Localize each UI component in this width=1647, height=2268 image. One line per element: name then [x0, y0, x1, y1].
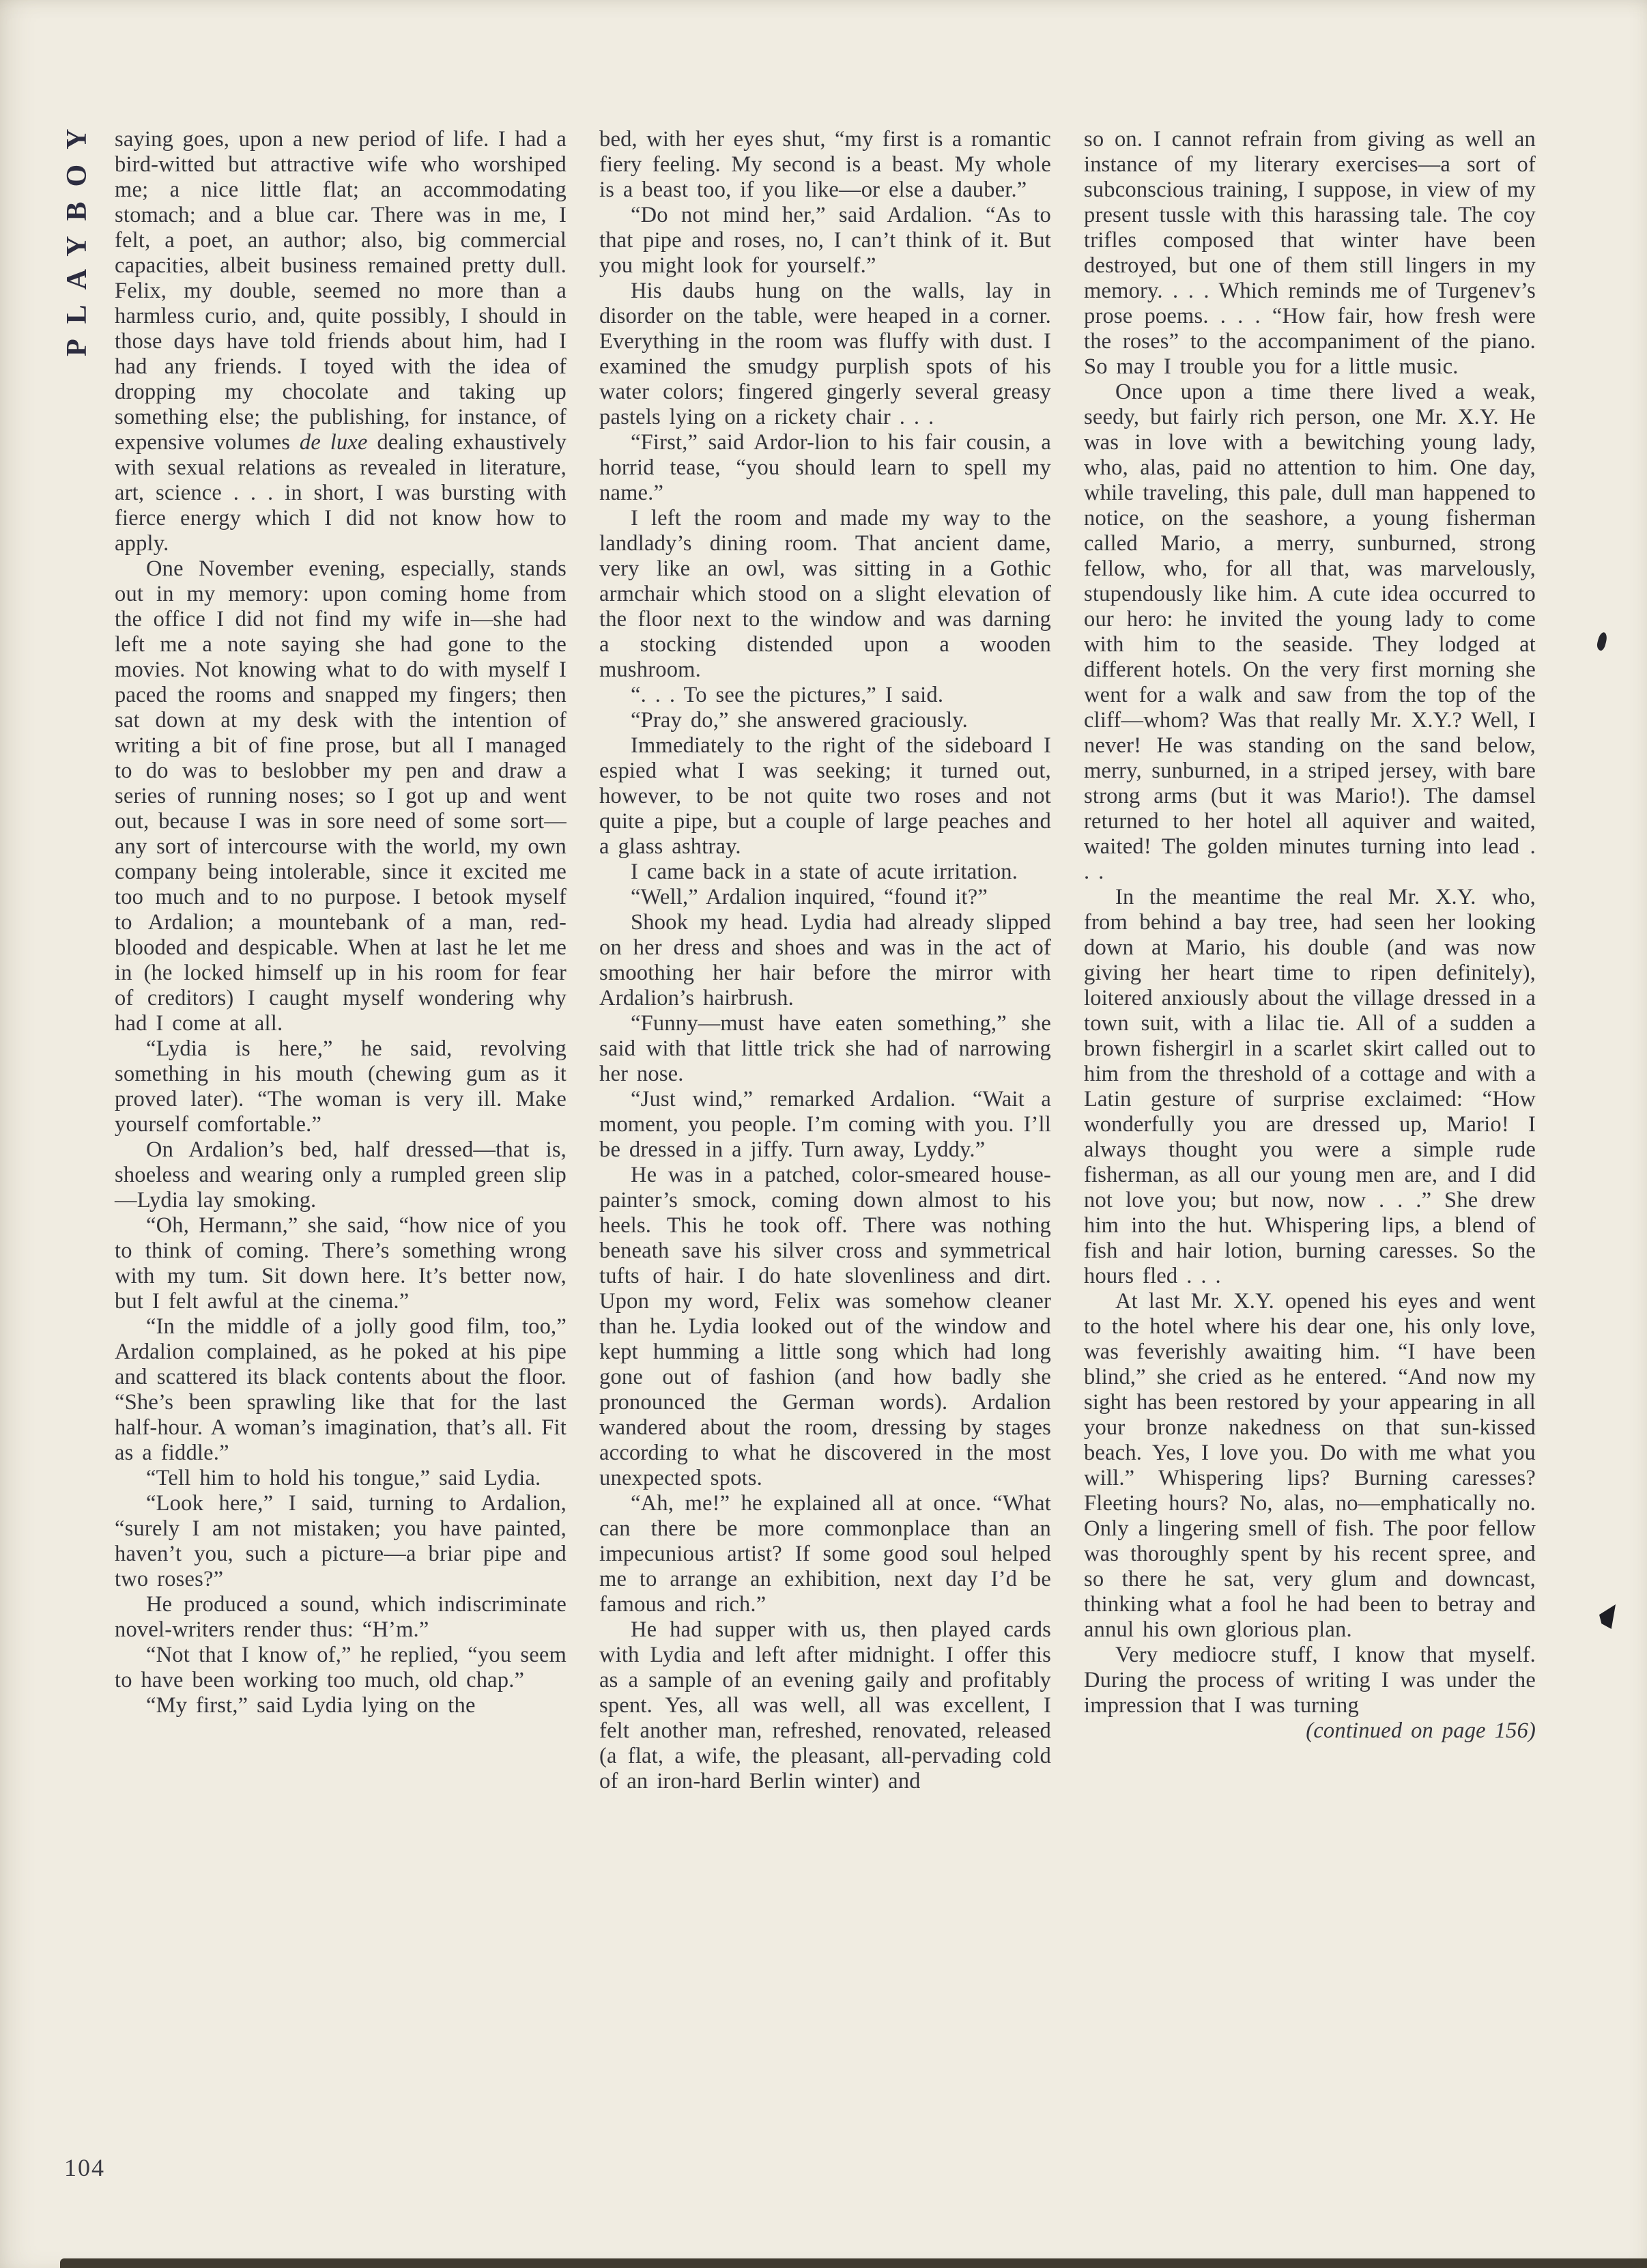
paragraph: In the meantime the real Mr. X.Y. who, f… [1084, 885, 1536, 1289]
paragraph: bed, with her eyes shut, “my first is a … [599, 127, 1051, 203]
paragraph: “Well,” Ardalion inquired, “found it?” [599, 885, 1051, 910]
paragraph: Immediately to the right of the sideboar… [599, 733, 1051, 860]
paragraph: One November evening, especially, stands… [115, 556, 567, 1036]
paragraph: At last Mr. X.Y. opened his eyes and wen… [1084, 1289, 1536, 1643]
text-column-3: so on. I cannot refrain from giving as w… [1084, 127, 1536, 1744]
paragraph: On Ardalion’s bed, half dressed—that is,… [115, 1137, 567, 1213]
magazine-page: PLAYBOY saying goes, upon a new period o… [0, 0, 1647, 2268]
paragraph: “. . . To see the pictures,” I said. [599, 683, 1051, 708]
paragraph: Very mediocre stuff, I know that myself.… [1084, 1643, 1536, 1718]
paragraph: “Not that I know of,” he replied, “you s… [115, 1643, 567, 1693]
paragraph: His daubs hung on the walls, lay in diso… [599, 279, 1051, 430]
paragraph: He had supper with us, then played cards… [599, 1617, 1051, 1794]
paragraph: He was in a patched, color-smeared house… [599, 1163, 1051, 1491]
paragraph: “In the middle of a jolly good film, too… [115, 1314, 567, 1466]
paragraph: so on. I cannot refrain from giving as w… [1084, 127, 1536, 380]
paragraph: “First,” said Ardor-lion to his fair cou… [599, 430, 1051, 506]
paragraph: “Lydia is here,” he said, revolving some… [115, 1036, 567, 1137]
paragraph: saying goes, upon a new period of life. … [115, 127, 567, 556]
paragraph: “My first,” said Lydia lying on the [115, 1693, 567, 1718]
paragraph: “Tell him to hold his tongue,” said Lydi… [115, 1466, 567, 1491]
text-column-1: saying goes, upon a new period of life. … [115, 127, 567, 1718]
page-number: 104 [64, 2153, 105, 2182]
paragraph: “Do not mind her,” said Ardalion. “As to… [599, 203, 1051, 279]
italic-phrase: de luxe [300, 430, 368, 455]
paragraph-text: saying goes, upon a new period of life. … [115, 127, 567, 455]
paragraph: “Funny—must have eaten something,” she s… [599, 1011, 1051, 1087]
paragraph: “Pray do,” she answered graciously. [599, 708, 1051, 733]
paragraph: “Ah, me!” he explained all at once. “Wha… [599, 1491, 1051, 1617]
ink-mark [1596, 632, 1608, 651]
paragraph: I came back in a state of acute irritati… [599, 860, 1051, 885]
paragraph: Once upon a time there lived a weak, see… [1084, 380, 1536, 885]
paragraph: “Just wind,” remarked Ardalion. “Wait a … [599, 1087, 1051, 1163]
ink-mark [1599, 1604, 1616, 1629]
paragraph: Shook my head. Lydia had already slipped… [599, 910, 1051, 1011]
paragraph: He produced a sound, which indiscriminat… [115, 1592, 567, 1643]
continuation-note: (continued on page 156) [1084, 1718, 1536, 1744]
paragraph: I left the room and made my way to the l… [599, 506, 1051, 683]
paragraph: “Look here,” I said, turning to Ardalion… [115, 1491, 567, 1592]
playboy-wordmark: PLAYBOY [63, 114, 91, 357]
text-column-2: bed, with her eyes shut, “my first is a … [599, 127, 1051, 1794]
paragraph: “Oh, Hermann,” she said, “how nice of yo… [115, 1213, 567, 1314]
page-edge-shadow [60, 2258, 1647, 2268]
